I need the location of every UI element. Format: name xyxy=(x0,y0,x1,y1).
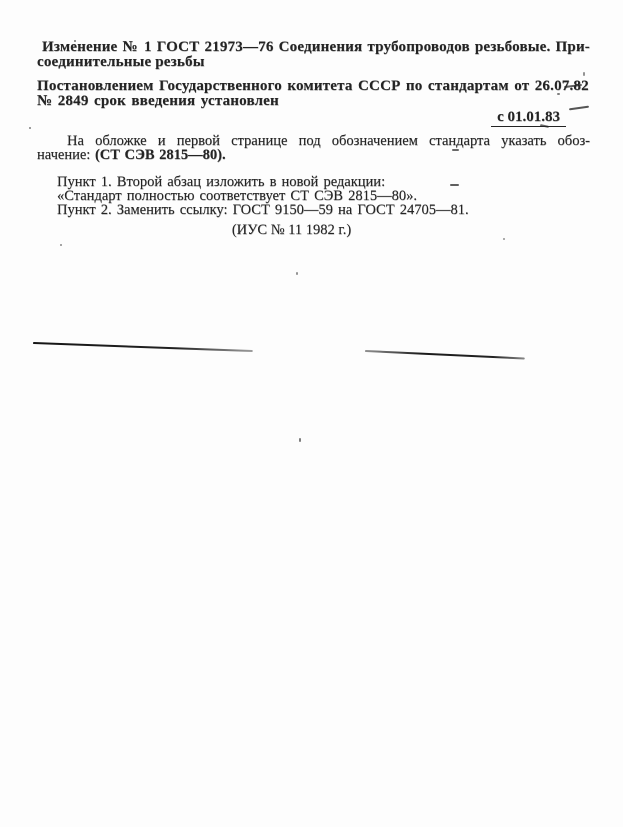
decree-line1: Постановлением Государственного комитета… xyxy=(37,79,590,94)
effective-date: с 01.01.83 xyxy=(37,110,590,127)
cover-note-line2-prefix: начение: xyxy=(37,147,95,163)
scan-speck xyxy=(299,438,301,442)
scan-speck xyxy=(74,40,76,42)
effective-date-value: с 01.01.83 xyxy=(491,110,566,127)
amendment-items: Пункт 1. Второй абзац изложить в новой р… xyxy=(37,175,590,217)
amendment-title-line1: Изменение № 1 ГОСТ 21973—76 Соединения т… xyxy=(37,40,590,55)
document-text-column: Изменение № 1 ГОСТ 21973—76 Соединения т… xyxy=(37,40,590,237)
scan-dash xyxy=(450,184,459,186)
cover-note-standard-ref: (СТ СЭВ 2815—80). xyxy=(95,147,226,163)
separator-line-right xyxy=(365,350,525,360)
scanned-document-page: Изменение № 1 ГОСТ 21973—76 Соединения т… xyxy=(0,0,623,827)
cover-note-paragraph: На обложке и первой странице под обознач… xyxy=(37,134,590,162)
scan-dash xyxy=(452,149,459,151)
separator-line-left xyxy=(33,342,253,352)
scan-speck xyxy=(29,127,31,129)
scan-speck xyxy=(60,244,62,246)
decree-paragraph: Постановлением Государственного комитета… xyxy=(37,79,590,109)
scan-speck xyxy=(583,72,585,76)
amendment-item-2: «Стандарт полностью соответствует СТ СЭВ… xyxy=(37,189,590,203)
amendment-item-1: Пункт 1. Второй абзац изложить в новой р… xyxy=(37,175,590,189)
ius-reference: (ИУС № 11 1982 г.) xyxy=(15,223,568,237)
scan-speck xyxy=(557,93,560,95)
cover-note-line1: На обложке и первой странице под обознач… xyxy=(37,134,590,148)
amendment-item-3: Пункт 2. Заменить ссылку: ГОСТ 9150—59 н… xyxy=(37,203,590,217)
scan-speck xyxy=(503,238,505,240)
decree-line2: № 2849 срок введения установлен xyxy=(37,94,590,109)
amendment-title-line2: соединительные резьбы xyxy=(37,55,590,70)
amendment-title: Изменение № 1 ГОСТ 21973—76 Соединения т… xyxy=(37,40,590,70)
cover-note-line2: начение: (СТ СЭВ 2815—80). xyxy=(37,148,590,162)
scan-speck xyxy=(296,272,298,275)
